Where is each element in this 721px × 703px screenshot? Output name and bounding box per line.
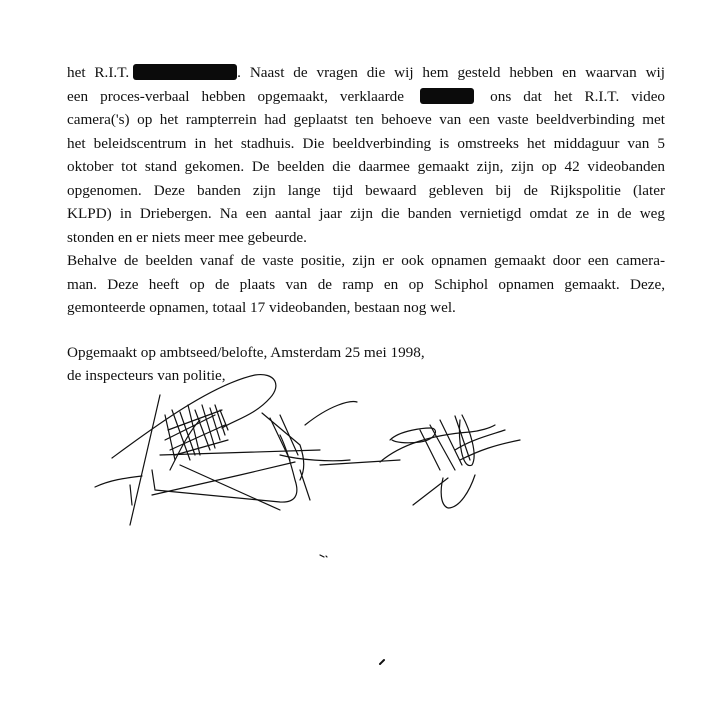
signature-inspector-2 — [380, 415, 520, 508]
scan-speck — [380, 660, 384, 664]
signatures-area — [0, 0, 721, 703]
scan-speck — [320, 555, 327, 557]
document-page: het R.I.T.. Naast de vragen die wij hem … — [0, 0, 721, 703]
signature-inspector-1 — [95, 375, 400, 525]
